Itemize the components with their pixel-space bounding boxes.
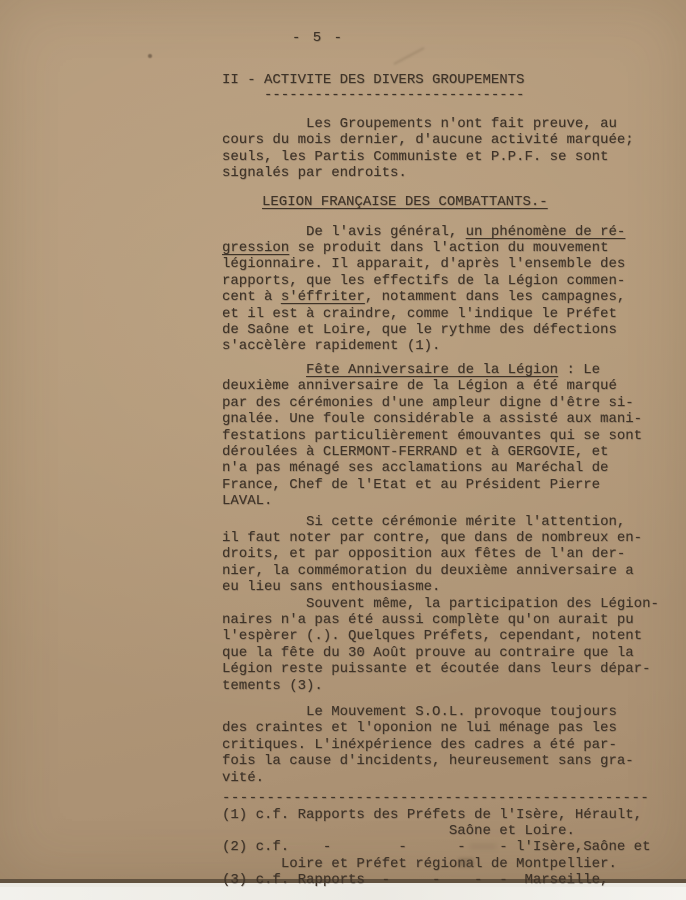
page-number: - 5 - <box>292 30 344 46</box>
section-heading-underline: ------------------------------- <box>222 87 524 103</box>
faint-smear <box>470 844 496 849</box>
paper-speck <box>148 54 152 58</box>
paragraph-sol: Le Mouvement S.O.L. provoque toujoursdes… <box>222 704 664 786</box>
legion-section-title: LEGION FRANÇAISE DES COMBATTANTS.- <box>262 194 664 210</box>
paragraph-intro: Les Groupements n'ont fait preuve, aucou… <box>222 116 664 182</box>
scan-background-strip <box>0 887 686 900</box>
paragraph-regression: De l'avis général, un phénomène de ré-gr… <box>222 224 664 355</box>
paragraph-anniversaire: Fête Anniversaire de la Légion : Ledeuxi… <box>222 362 664 510</box>
ink-smudge <box>458 858 474 867</box>
paragraph-ceremonie: Si cette cérémonie mérite l'attention,il… <box>222 514 664 596</box>
section-heading-block: II - ACTIVITE DES DIVERS GROUPEMENTS ---… <box>222 73 664 103</box>
scanned-paper-page: - 5 - II - ACTIVITE DES DIVERS GROUPEMEN… <box>0 0 686 883</box>
paragraph-participation: Souvent même, la participation des Légio… <box>222 596 664 694</box>
section-heading: II - ACTIVITE DES DIVERS GROUPEMENTS <box>222 72 524 88</box>
footnote-separator: ----------------------------------------… <box>222 791 664 805</box>
document-content: - 5 - II - ACTIVITE DES DIVERS GROUPEMEN… <box>0 0 686 900</box>
